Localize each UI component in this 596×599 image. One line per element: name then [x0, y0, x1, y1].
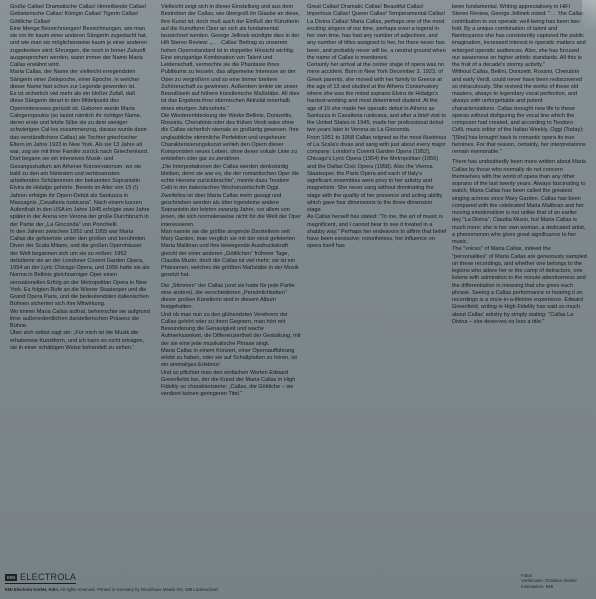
paragraph: Maria Callas in einem Konzert, einer Ope… [161, 348, 301, 370]
paragraph: Without Callas, Bellini, Donizetti, Ross… [452, 69, 587, 156]
paragraph: Wo immer Maria Callas auftrat, beherrsch… [10, 309, 150, 331]
page-fold-highlight [582, 0, 596, 30]
paragraph: Man nannte sie die größte singende Darst… [161, 229, 301, 280]
paragraph: Und ob man nun zu den glühendsten Verehr… [161, 312, 301, 348]
paragraph: Es ist sicherlich viel mehr als ein bloß… [10, 91, 150, 229]
paragraph: From 1951 to 1958 Callas reigned as the … [307, 135, 447, 215]
paragraph: The "voices" of Maria Callas, indeed the… [452, 246, 587, 326]
paragraph: Great Callas! Dramatic Callas! Beautiful… [307, 4, 447, 62]
paragraph: As Callas herself has stated: "To me, th… [307, 214, 447, 250]
copyright-line: EMI Electrola GmbH, Köln. All rights res… [5, 587, 218, 592]
paragraph: Die Wiederentdeckung der Werke Bellinis,… [161, 113, 301, 164]
german-column-2: Vielleicht zeigt sich in dieser Einstell… [161, 4, 301, 399]
english-column-1: Great Callas! Dramatic Callas! Beautiful… [307, 4, 447, 251]
paragraph: There has undoubtedly been more written … [452, 159, 587, 246]
paragraph: Zweifellos ist über Maria Callas mehr ge… [161, 193, 301, 229]
paragraph: „Die Interpretationen der Callas werden … [161, 164, 301, 193]
paragraph: Vielleicht zeigt sich in dieser Einstell… [161, 4, 301, 113]
paragraph: Die „Stimmen“ der Callas (und sie hatte … [161, 283, 301, 312]
german-column-1: Große Callas! Dramatische Callas! Hinrei… [10, 4, 150, 352]
paragraph: In den Jahren zwischen 1951 und 1955 war… [10, 229, 150, 309]
credits-front: Vorderseite: Christian Steiner [521, 578, 577, 583]
credits-inside: Innenseiten: EMI [521, 584, 577, 589]
paragraph: Und so pflichtet man den einfachen Worte… [161, 370, 301, 399]
emi-logo-box: EMI [5, 574, 17, 581]
paragraph: Große Callas! Dramatische Callas! Hinrei… [10, 4, 150, 26]
paragraph: been fundamental. Writing appreciatively… [452, 4, 587, 69]
emi-electrola-logo: EMI ELECTROLA [5, 572, 76, 584]
paragraph: Maria Callas, der Name der vielleicht er… [10, 69, 150, 91]
english-column-2: been fundamental. Writing appreciatively… [452, 4, 587, 326]
photo-credits: Fotos: Vorderseite: Christian Steiner In… [521, 573, 577, 589]
paragraph: Eine Menge Bezeichnungen! Bezeichnungen,… [10, 26, 150, 70]
album-liner-notes: Große Callas! Dramatische Callas! Hinrei… [0, 0, 596, 599]
company-name: EMI Electrola GmbH, Köln. [5, 587, 59, 592]
rights-text: All rights reserved. Printed in Germany … [60, 587, 218, 592]
paragraph: Certainly her arrival at the center stag… [307, 62, 447, 135]
paragraph: Über sich selbst sagt sie: „Für mich ist… [10, 330, 150, 352]
electrola-wordmark: ELECTROLA [20, 572, 76, 582]
